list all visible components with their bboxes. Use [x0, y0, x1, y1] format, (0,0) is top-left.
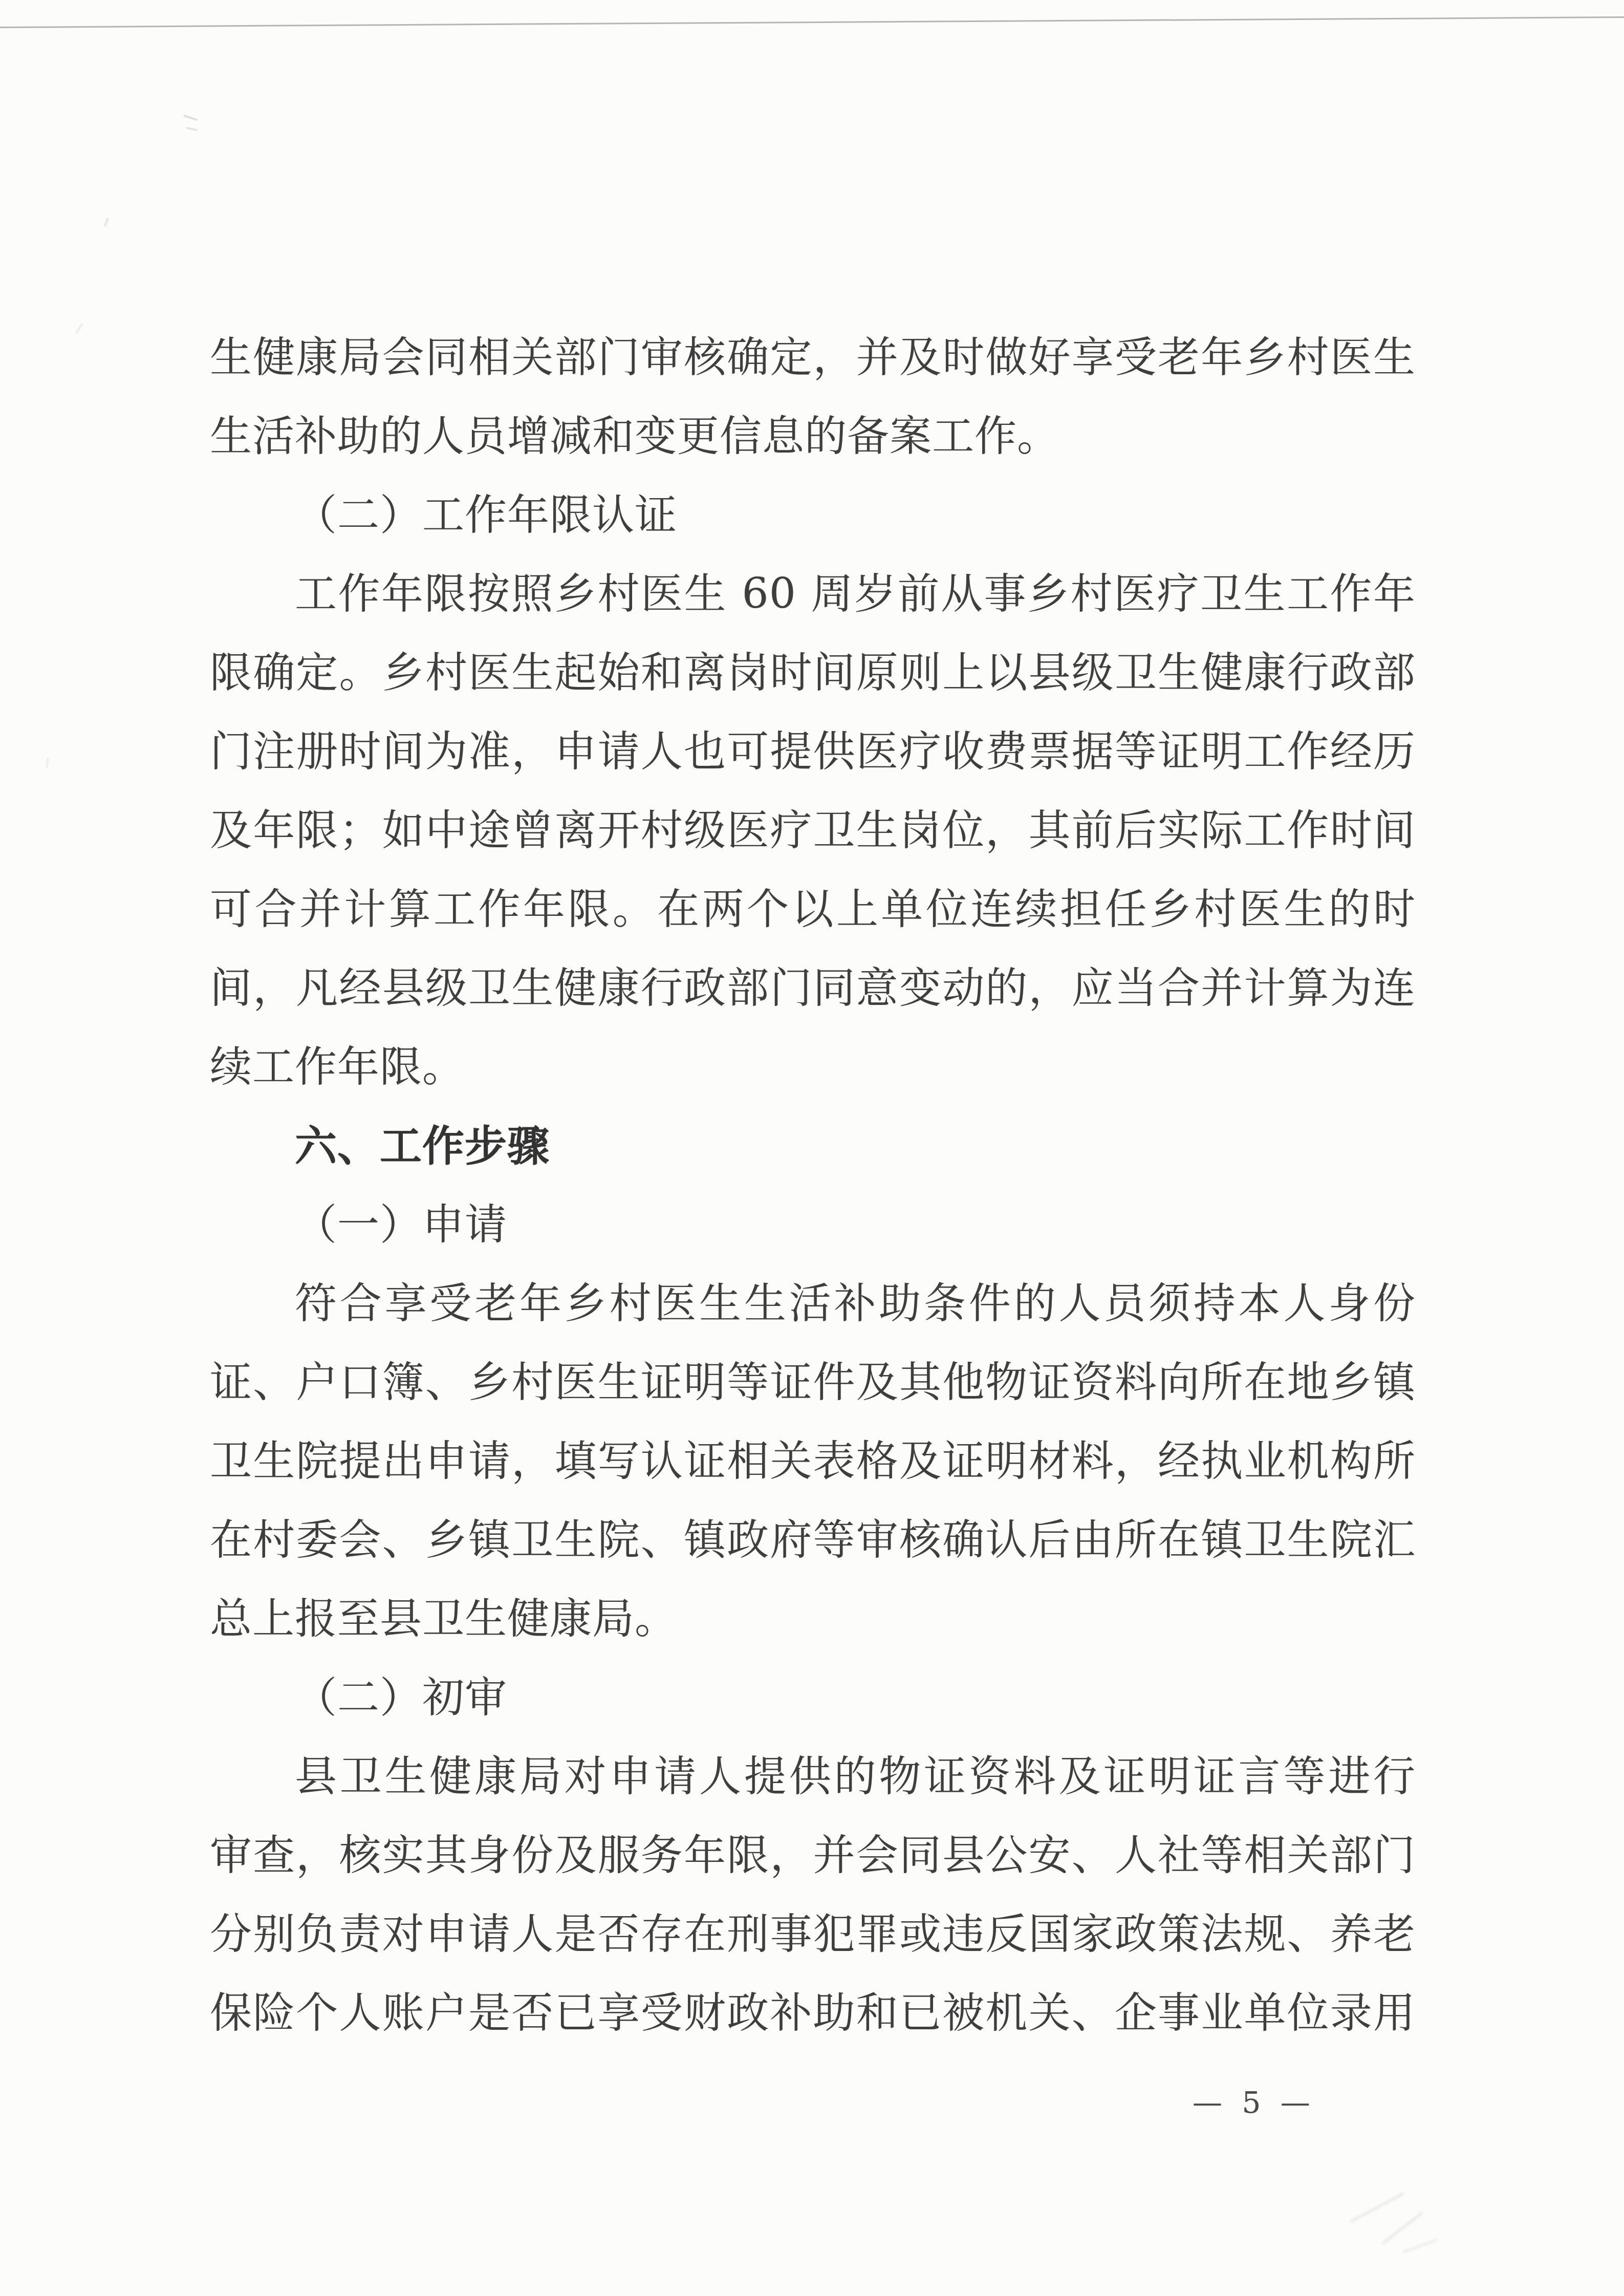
section-heading: 六、工作步骤	[210, 1107, 1416, 1186]
text-line: 限确定。乡村医生起始和离岗时间原则上以县级卫生健康行政部	[210, 634, 1416, 713]
scan-speck-artifact	[186, 127, 198, 131]
text-line: 工作年限按照乡村医生 60 周岁前从事乡村医疗卫生工作年	[210, 555, 1416, 634]
text-line: 间，凡经县级卫生健康行政部门同意变动的，应当合并计算为连	[210, 949, 1416, 1028]
text-line: 符合享受老年乡村医生生活补助条件的人员须持本人身份	[210, 1264, 1416, 1343]
scan-speck-artifact	[183, 115, 198, 121]
text-line: 可合并计算工作年限。在两个以上单位连续担任乡村医生的时	[210, 870, 1416, 949]
section-heading: （二）工作年限认证	[210, 476, 1416, 555]
scan-speck-artifact	[75, 323, 83, 334]
text-line: 生健康局会同相关部门审核确定，并及时做好享受老年乡村医生	[210, 318, 1416, 397]
page-number: — 5 —	[1193, 2085, 1315, 2120]
scan-smudge-artifact	[1331, 2196, 1459, 2273]
text-line: 分别负责对申请人是否存在刑事犯罪或违反国家政策法规、养老	[210, 1895, 1416, 1974]
text-line: 门注册时间为准，申请人也可提供医疗收费票据等证明工作经历	[210, 713, 1416, 791]
scan-edge-artifact	[0, 16, 1624, 28]
section-heading: （二）初审	[210, 1659, 1416, 1737]
document-body: 生健康局会同相关部门审核确定，并及时做好享受老年乡村医生 生活补助的人员增减和变…	[210, 318, 1416, 2053]
text-line: 保险个人账户是否已享受财政补助和已被机关、企事业单位录用	[210, 1974, 1416, 2053]
text-line: 县卫生健康局对申请人提供的物证资料及证明证言等进行	[210, 1737, 1416, 1816]
text-line: 总上报至县卫生健康局。	[210, 1580, 1416, 1659]
text-line: 证、户口簿、乡村医生证明等证件及其他物证资料向所在地乡镇	[210, 1343, 1416, 1422]
text-line: 及年限；如中途曾离开村级医疗卫生岗位，其前后实际工作时间	[210, 791, 1416, 870]
text-line: 在村委会、乡镇卫生院、镇政府等审核确认后由所在镇卫生院汇	[210, 1501, 1416, 1580]
text-line: 卫生院提出申请，填写认证相关表格及证明材料，经执业机构所	[210, 1422, 1416, 1501]
scan-speck-artifact	[46, 758, 50, 768]
section-heading: （一）申请	[210, 1186, 1416, 1264]
text-line: 审查，核实其身份及服务年限，并会同县公安、人社等相关部门	[210, 1816, 1416, 1895]
document-page: 生健康局会同相关部门审核确定，并及时做好享受老年乡村医生 生活补助的人员增减和变…	[0, 0, 1624, 2296]
text-line: 生活补助的人员增减和变更信息的备案工作。	[210, 397, 1416, 476]
scan-speck-artifact	[103, 218, 110, 227]
text-line: 续工作年限。	[210, 1028, 1416, 1107]
